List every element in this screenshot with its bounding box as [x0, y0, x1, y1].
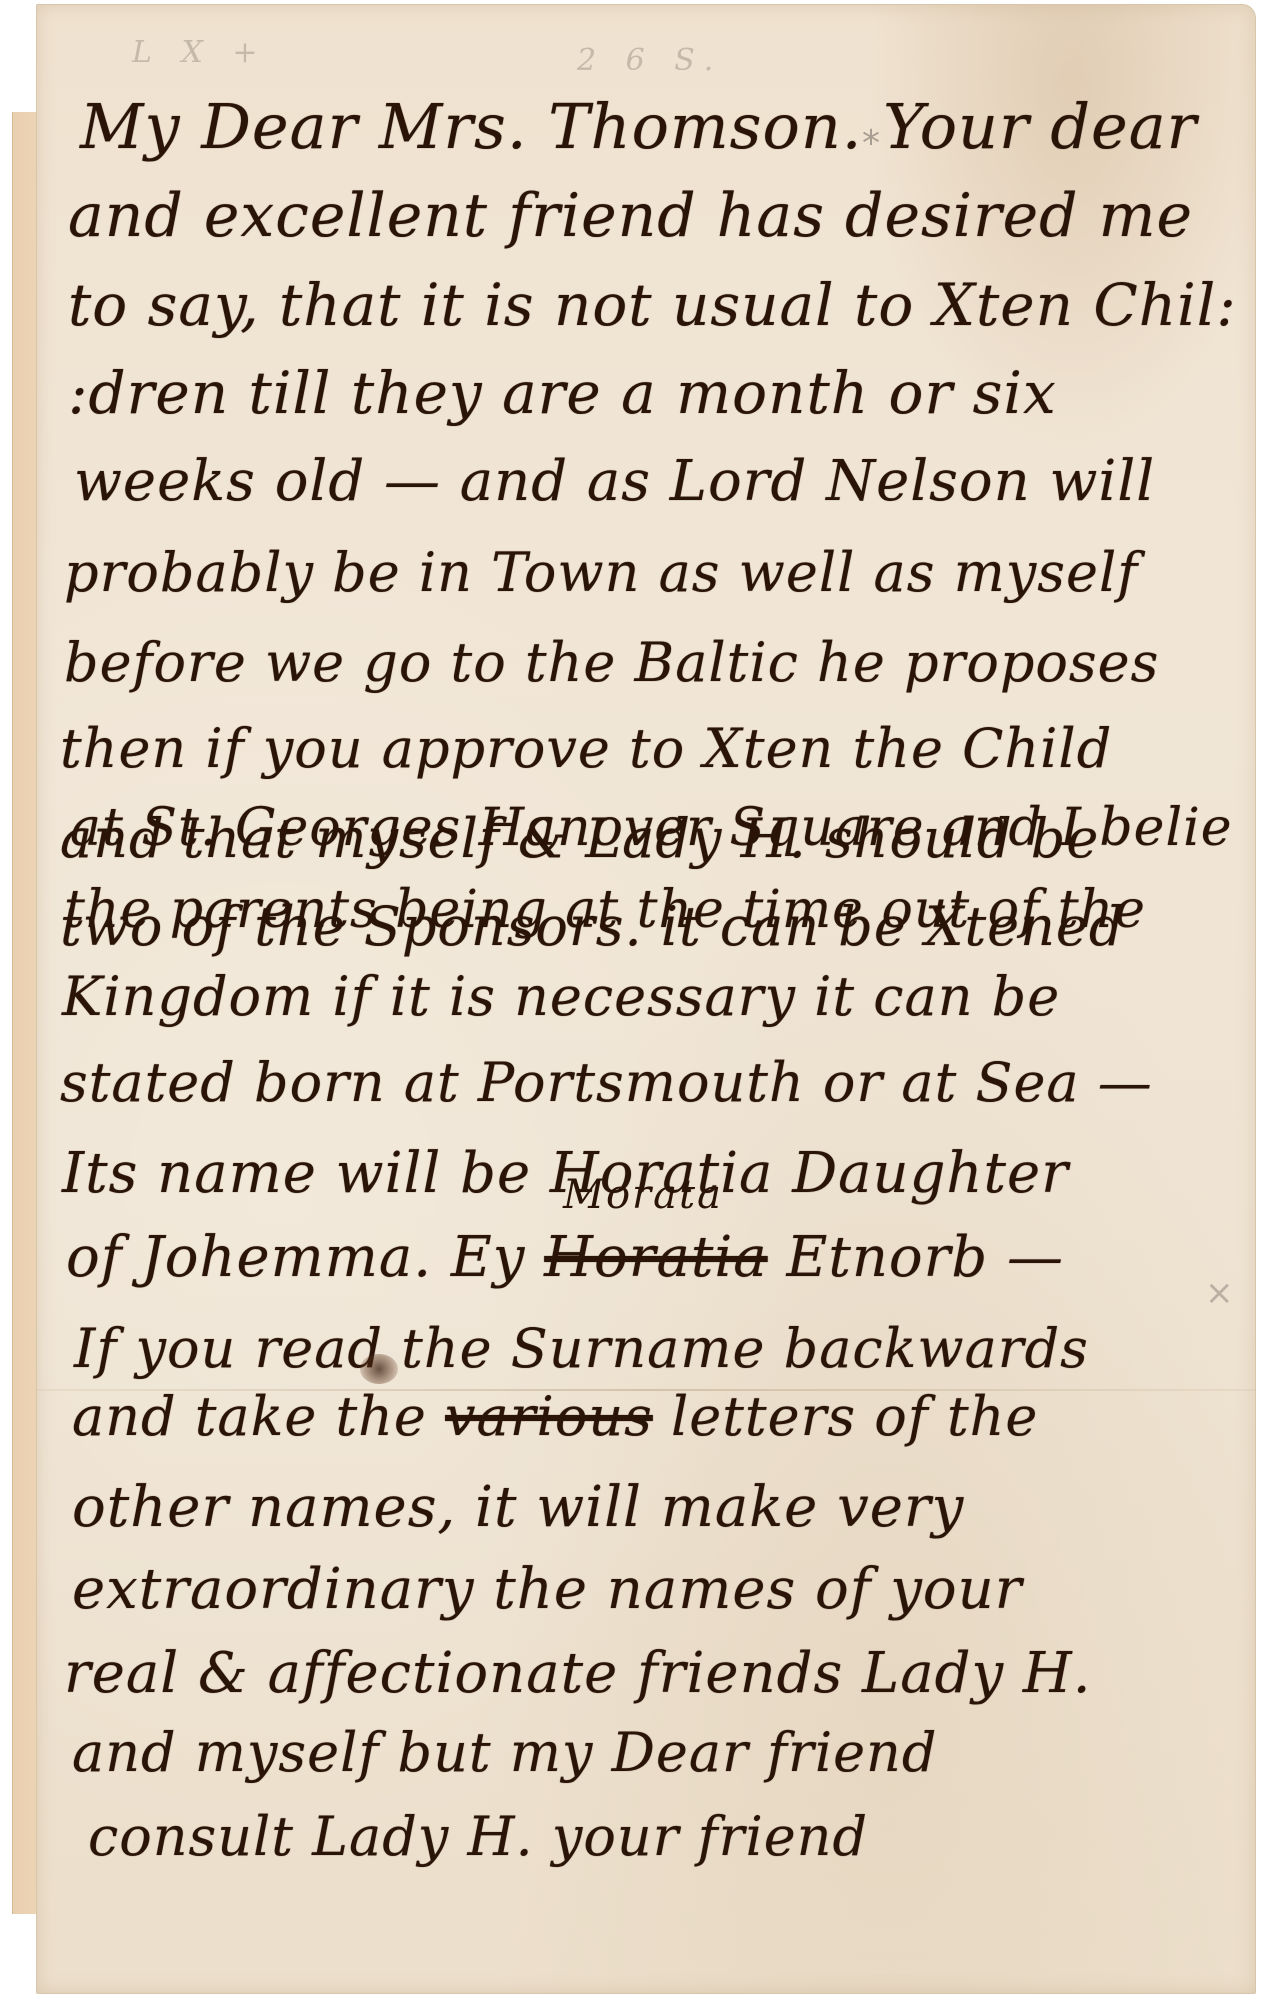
pencil-annotation-top-middle: 2 6 S.: [577, 43, 723, 78]
letter-line-1: My Dear Mrs. Thomson. Your dear: [80, 96, 1197, 158]
line-16-blotted: ma: [325, 1225, 414, 1290]
pencil-annotation-top-left: L X +: [132, 35, 268, 70]
struck-word-horatia: Horatia: [544, 1225, 768, 1290]
letter-line-2: and excellent friend has desired me: [68, 186, 1193, 246]
line-16-initials: Ey: [451, 1225, 526, 1290]
letter-line-7: before we go to the Baltic he proposes: [64, 636, 1159, 690]
line-16-start: of Johem: [66, 1225, 325, 1290]
letter-line-17: If you read the Surname backwards: [74, 1322, 1089, 1376]
letter-line-21: real & affectionate friends Lady H.: [64, 1646, 1092, 1702]
letter-line-23: consult Lady H. your friend: [88, 1810, 868, 1864]
letter-line-18: and take the various letters of the: [72, 1390, 1038, 1444]
letter-line-8: then if you approve to Xten the Child: [60, 722, 1112, 776]
pencil-margin-mark: ×: [1205, 1273, 1234, 1313]
letter-line-11: at St. Georges Hanover Square and I beli…: [70, 802, 1232, 854]
inserted-word-above: Morata: [563, 1172, 723, 1218]
line-16-punct: .: [413, 1225, 451, 1290]
letter-line-4: :dren till they are a month or six: [68, 364, 1057, 422]
letter-line-3: to say, that it is not usual to Xten Chi…: [68, 276, 1237, 334]
letter-line-16: of Johemma. Ey Horatia Etnorb —: [66, 1230, 1064, 1286]
letter-line-12: the parents being at the time out of the: [64, 884, 1146, 936]
line-18-start: and take the: [72, 1385, 445, 1448]
line-16-end: Etnorb —: [768, 1225, 1064, 1290]
line-18-end: letters of the: [653, 1385, 1039, 1448]
letter-line-19: other names, it will make very: [72, 1480, 964, 1536]
letter-line-22: and myself but my Dear friend: [72, 1726, 937, 1780]
letter-line-6: probably be in Town as well as myself: [64, 546, 1138, 600]
letter-line-5: weeks old — and as Lord Nelson will: [74, 454, 1155, 510]
letter-line-13: Kingdom if it is necessary it can be: [62, 970, 1060, 1024]
struck-word: various: [445, 1385, 653, 1448]
letter-line-20: extraordinary the names of your: [72, 1562, 1022, 1618]
ink-blot: [360, 1354, 398, 1384]
letter-line-14: stated born at Portsmouth or at Sea —: [60, 1056, 1153, 1110]
